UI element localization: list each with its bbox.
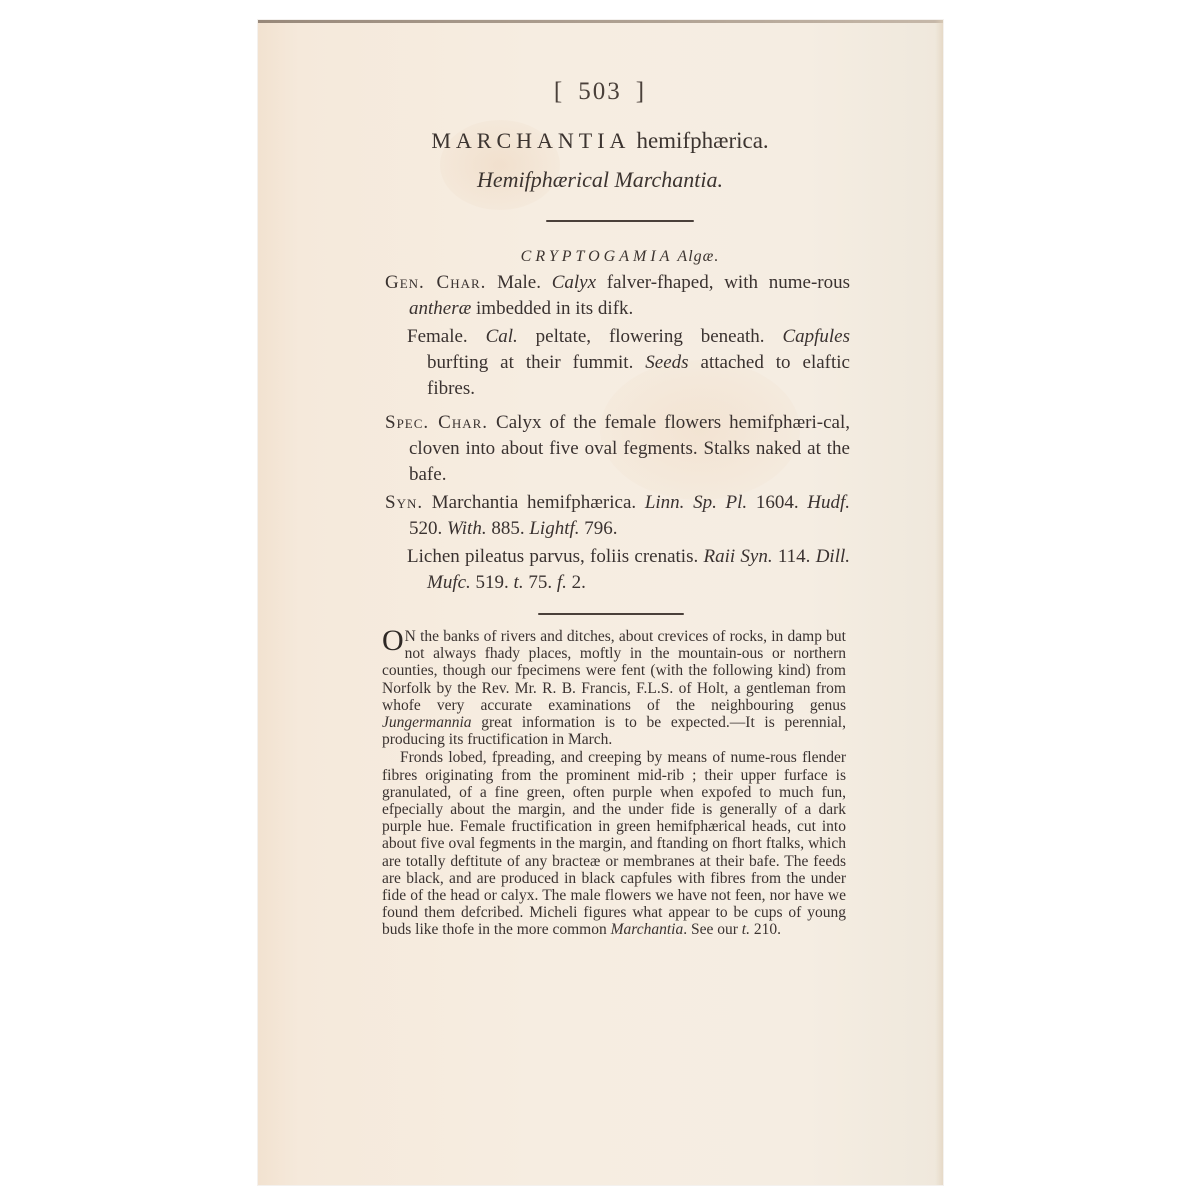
reference: With. <box>447 518 487 539</box>
text: falver-fhaped, with nume-rous <box>596 272 850 293</box>
reference: f. <box>557 572 567 593</box>
classification: CRYPTOGAMIAAlgæ. <box>0 248 1200 266</box>
italic-term: Cal. <box>486 326 518 347</box>
text: 796. <box>580 518 618 539</box>
italic-term: Capfules <box>782 326 850 347</box>
syn-line-2: Lichen pileatus parvus, foliis crenatis.… <box>385 544 850 596</box>
italic-term: Jungermannia <box>382 714 472 731</box>
divider-rule <box>546 220 694 222</box>
text: 519. <box>471 572 514 593</box>
text: burfting at their fummit. <box>427 352 645 373</box>
text: 210. <box>750 921 781 938</box>
text: 2. <box>567 572 586 593</box>
generic-character: Gen. Char. Male. Calyx falver-fhaped, wi… <box>385 270 850 402</box>
page-title: MARCHANTIAhemifphærica. <box>0 128 1200 154</box>
text: 885. <box>487 518 530 539</box>
gen-char-label: Gen. Char. <box>385 272 486 293</box>
page-subtitle: Hemifphærical Marchantia. <box>0 167 1200 193</box>
text: peltate, flowering beneath. <box>518 326 783 347</box>
text: . See our <box>683 921 742 938</box>
body-text: ON the banks of rivers and ditches, abou… <box>382 628 846 939</box>
reference: t. <box>514 572 524 593</box>
divider-rule <box>538 613 684 615</box>
italic-term: Calyx <box>552 272 596 293</box>
spec-char-paragraph: Spec. Char. Calyx of the female flowers … <box>385 410 850 488</box>
italic-term: t. <box>742 921 750 938</box>
text: Fronds lobed, fpreading, and creeping by… <box>382 749 846 938</box>
text: imbedded in its difk. <box>471 298 633 319</box>
text: Male. <box>486 272 551 293</box>
text: 114. <box>773 546 816 567</box>
page-number: [503] <box>0 78 1200 106</box>
reference: Linn. Sp. Pl. <box>645 492 747 513</box>
reference: Raii Syn. <box>703 546 772 567</box>
text: Female. <box>407 326 486 347</box>
text: Marchantia hemifphærica. <box>423 492 645 513</box>
syn-label: Syn. <box>385 492 423 513</box>
text: Lichen pileatus parvus, foliis crenatis. <box>407 546 703 567</box>
bracket-right: ] <box>622 78 660 105</box>
title-genus: MARCHANTIA <box>431 128 630 153</box>
text: N the banks of rivers and ditches, about… <box>382 628 846 714</box>
italic-term: Marchantia <box>611 921 684 938</box>
syn-line-1: Syn. Marchantia hemifphærica. Linn. Sp. … <box>385 490 850 542</box>
ordo: Algæ. <box>677 248 719 265</box>
body-paragraph-2: Fronds lobed, fpreading, and creeping by… <box>382 749 846 938</box>
gen-char-male: Gen. Char. Male. Calyx falver-fhaped, wi… <box>385 270 850 322</box>
drop-cap: O <box>382 630 404 652</box>
text: 1604. <box>747 492 807 513</box>
paper-sheet <box>258 20 943 1185</box>
synonyms: Syn. Marchantia hemifphærica. Linn. Sp. … <box>385 490 850 596</box>
spec-char-label: Spec. Char. <box>385 412 488 433</box>
reference: Lightf. <box>529 518 579 539</box>
title-species: hemifphærica. <box>636 128 768 153</box>
bracket-left: [ <box>540 78 578 105</box>
italic-term: antheræ <box>409 298 471 319</box>
text: 520. <box>409 518 447 539</box>
classis: CRYPTOGAMIA <box>521 248 674 265</box>
gen-char-female: Female. Cal. peltate, flowering beneath.… <box>385 324 850 402</box>
italic-term: Seeds <box>645 352 688 373</box>
page-number-value: 503 <box>578 78 622 105</box>
reference: Hudf. <box>807 492 850 513</box>
text: 75. <box>524 572 557 593</box>
specific-character: Spec. Char. Calyx of the female flowers … <box>385 410 850 488</box>
body-paragraph-1: ON the banks of rivers and ditches, abou… <box>382 628 846 748</box>
